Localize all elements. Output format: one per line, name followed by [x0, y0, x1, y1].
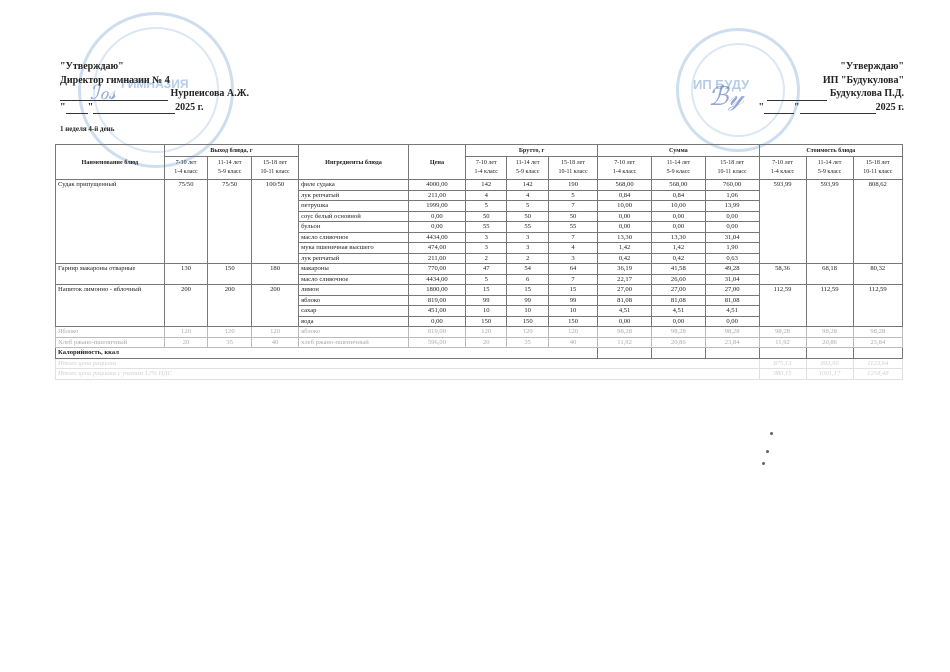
- grade-range: 1-4 класс: [174, 169, 197, 175]
- ingredient-sum: 11,92: [598, 337, 652, 348]
- ingredient-sum: 4,51: [705, 306, 759, 317]
- dish-output: 120: [208, 327, 252, 338]
- ingredient-price: 0,00: [408, 211, 465, 222]
- ingredient-name: яблоко: [299, 327, 409, 338]
- ingredient-sum: 20,86: [651, 337, 705, 348]
- ingredient-sum: 0,00: [705, 211, 759, 222]
- ingredient-price: 0,00: [408, 222, 465, 233]
- ingredient-sum: 98,28: [705, 327, 759, 338]
- ingredient-gross: 10: [466, 306, 507, 317]
- dish-output: 200: [164, 285, 208, 327]
- ingredient-gross: 150: [548, 316, 597, 327]
- ingredient-sum: 41,58: [651, 264, 705, 275]
- ingredient-gross: 3: [548, 253, 597, 264]
- age-group-header: 7-10 лет1-4 класс: [164, 157, 208, 180]
- age-group-header: 11-14 лет5-9 класс: [806, 157, 853, 180]
- age-group-header: 11-14 лет5-9 класс: [208, 157, 252, 180]
- ingredient-gross: 6: [507, 274, 548, 285]
- ingredient-sum: 98,28: [598, 327, 652, 338]
- ingredient-sum: 0,00: [651, 222, 705, 233]
- ingredient-gross: 5: [466, 274, 507, 285]
- ingredient-sum: 81,08: [705, 295, 759, 306]
- ingredient-gross: 3: [466, 232, 507, 243]
- ingredient-price: 211,00: [408, 253, 465, 264]
- ingredient-sum: 27,00: [598, 285, 652, 296]
- dish-name: Яблоко: [56, 327, 165, 338]
- age-group-header: 11-14 лет5-9 класс: [507, 157, 548, 180]
- ingredient-sum: 760,00: [705, 180, 759, 191]
- dish-cost: 98,28: [806, 327, 853, 338]
- ingredient-gross: 50: [507, 211, 548, 222]
- grade-range: 10-11 класс: [863, 169, 892, 175]
- total-label: Итого цена рациона: [56, 358, 760, 369]
- calories-label: Калорийность, ккал: [56, 348, 598, 359]
- ingredient-gross: 47: [466, 264, 507, 275]
- right-approval-title: "Утверждаю": [758, 60, 904, 74]
- ingredient-sum: 31,04: [705, 232, 759, 243]
- age-group-header: 7-10 лет1-4 класс: [466, 157, 507, 180]
- ingredient-sum: 36,19: [598, 264, 652, 275]
- month-underline: [93, 113, 175, 114]
- header-cost: Стоимость блюда: [759, 145, 903, 157]
- dish-cost: 98,28: [853, 327, 902, 338]
- ingredient-name: лимон: [299, 285, 409, 296]
- dish-output: 120: [252, 327, 299, 338]
- age-range: 7-10 лет: [772, 160, 793, 166]
- ingredient-price: 1800,00: [408, 285, 465, 296]
- ingredient-gross: 10: [548, 306, 597, 317]
- ingredient-gross: 99: [548, 295, 597, 306]
- dish-name: Хлеб ржано-пшеничный: [56, 337, 165, 348]
- subheader-row: 7-10 лет1-4 класс11-14 лет5-9 класс15-18…: [56, 157, 903, 180]
- age-range: 15-18 лет: [720, 160, 744, 166]
- ingredient-gross: 5: [507, 201, 548, 212]
- day-underline: [764, 113, 794, 114]
- grade-range: 10-11 класс: [260, 169, 289, 175]
- age-group-header: 15-18 лет10-11 класс: [548, 157, 597, 180]
- age-range: 15-18 лет: [263, 160, 287, 166]
- dish-name: Гарнир макароны отварные: [56, 264, 165, 285]
- ingredient-sum: 0,84: [651, 190, 705, 201]
- ingredient-gross: 120: [466, 327, 507, 338]
- ingredient-sum: 0,00: [598, 316, 652, 327]
- ingredient-gross: 15: [507, 285, 548, 296]
- right-approval-name: Будукулова П.Д.: [830, 88, 904, 99]
- dish-cost: 11,92: [759, 337, 806, 348]
- age-range: 7-10 лет: [476, 160, 497, 166]
- ingredient-sum: 27,00: [705, 285, 759, 296]
- ingredient-sum: 0,00: [651, 211, 705, 222]
- ingredient-sum: 568,00: [598, 180, 652, 191]
- dish-cost: 593,99: [759, 180, 806, 264]
- dish-cost: 20,86: [806, 337, 853, 348]
- ingredient-gross: 35: [507, 337, 548, 348]
- dish-output: 75/50: [164, 180, 208, 264]
- total-value: 875,13: [759, 358, 806, 369]
- ingredient-price: 4434,00: [408, 232, 465, 243]
- ingredient-name: соус белый основной: [299, 211, 409, 222]
- ingredient-sum: 13,99: [705, 201, 759, 212]
- ingredient-sum: 81,08: [651, 295, 705, 306]
- age-range: 15-18 лет: [866, 160, 890, 166]
- ingredient-price: 211,00: [408, 190, 465, 201]
- right-approval-year: 2025 г.: [876, 102, 904, 113]
- age-group-header: 7-10 лет1-4 класс: [759, 157, 806, 180]
- age-group-header: 11-14 лет5-9 класс: [651, 157, 705, 180]
- ingredient-name: бульон: [299, 222, 409, 233]
- header-price: Цена: [408, 145, 465, 180]
- ingredient-name: мука пшеничная высшего: [299, 243, 409, 254]
- header-row: Наименование блюдВыход блюда, гИнгредиен…: [56, 145, 903, 157]
- total-row: Итого цена рациона875,13893,901123,64: [56, 358, 903, 369]
- dish-output: 120: [164, 327, 208, 338]
- month-underline: [800, 113, 876, 114]
- right-approval-org: ИП "Будукулова": [758, 74, 904, 88]
- ingredient-sum: 0,00: [598, 211, 652, 222]
- ingredient-name: лук репчатый: [299, 253, 409, 264]
- table-row: Напиток лимонно - яблочный200200200лимон…: [56, 285, 903, 296]
- ingredient-gross: 5: [466, 201, 507, 212]
- left-approval-signature-line: Нурпеисова А.Ж.: [60, 87, 249, 101]
- ingredient-name: макароны: [299, 264, 409, 275]
- grade-range: 5-9 класс: [516, 169, 539, 175]
- ingredient-gross: 5: [548, 190, 597, 201]
- left-approval-block: "Утверждаю" Директор гимназии № 4 Нурпеи…: [60, 60, 249, 114]
- ingredient-sum: 22,17: [598, 274, 652, 285]
- supplier-signature: ℬ𝓎: [708, 82, 744, 113]
- date-quote-open: ": [60, 102, 66, 113]
- ingredient-gross: 64: [548, 264, 597, 275]
- ingredient-sum: 1,42: [598, 243, 652, 254]
- header-ingredients: Ингредиенты блюда: [299, 145, 409, 180]
- ingredient-sum: 4,51: [598, 306, 652, 317]
- ingredient-name: масло сливочное: [299, 274, 409, 285]
- ingredient-gross: 15: [548, 285, 597, 296]
- ingredient-name: масло сливочное: [299, 232, 409, 243]
- ingredient-sum: 10,00: [598, 201, 652, 212]
- dish-cost: 808,62: [853, 180, 902, 264]
- ingredient-sum: 23,84: [705, 337, 759, 348]
- calories-cell: [759, 348, 806, 359]
- dish-output: 130: [164, 264, 208, 285]
- ingredient-sum: 1,90: [705, 243, 759, 254]
- calories-cell: [853, 348, 902, 359]
- ingredient-gross: 3: [507, 232, 548, 243]
- ingredient-gross: 3: [466, 243, 507, 254]
- dish-output: 75/50: [208, 180, 252, 264]
- ingredient-price: 819,00: [408, 295, 465, 306]
- ingredient-gross: 190: [548, 180, 597, 191]
- age-range: 15-18 лет: [561, 160, 585, 166]
- total-value: 980,15: [759, 369, 806, 380]
- grade-range: 1-4 класс: [771, 169, 794, 175]
- dish-cost: 80,32: [853, 264, 902, 285]
- total-value: 1001,17: [806, 369, 853, 380]
- ingredient-name: петрушка: [299, 201, 409, 212]
- day-underline: [66, 113, 88, 114]
- ingredient-sum: 26,60: [651, 274, 705, 285]
- right-approval-signature-line: Будукулова П.Д.: [758, 87, 904, 101]
- header-dish-name: Наименование блюд: [56, 145, 165, 180]
- ingredient-price: 596,00: [408, 337, 465, 348]
- dish-cost: 68,18: [806, 264, 853, 285]
- ingredient-gross: 7: [548, 201, 597, 212]
- dish-name: Судак припущенный: [56, 180, 165, 264]
- left-approval-title: "Утверждаю": [60, 60, 249, 74]
- ingredient-sum: 0,00: [598, 222, 652, 233]
- ingredient-sum: 0,63: [705, 253, 759, 264]
- ingredient-name: лук репчатый: [299, 190, 409, 201]
- table-row: Яблоко120120120яблоко819,0012012012098,2…: [56, 327, 903, 338]
- ingredient-gross: 2: [507, 253, 548, 264]
- dish-cost: 58,36: [759, 264, 806, 285]
- calories-cell: [598, 348, 652, 359]
- ingredient-gross: 50: [466, 211, 507, 222]
- ingredient-sum: 98,28: [651, 327, 705, 338]
- week-day-label: 1 неделя 4-й день: [60, 125, 114, 133]
- age-range: 11-14 лет: [667, 160, 691, 166]
- ingredient-price: 4434,00: [408, 274, 465, 285]
- ingredient-gross: 10: [507, 306, 548, 317]
- ingredient-sum: 81,08: [598, 295, 652, 306]
- ingredient-gross: 54: [507, 264, 548, 275]
- ingredient-sum: 49,28: [705, 264, 759, 275]
- age-range: 11-14 лет: [818, 160, 842, 166]
- ingredient-gross: 120: [548, 327, 597, 338]
- table-row: Гарнир макароны отварные130150180макарон…: [56, 264, 903, 275]
- ingredient-gross: 55: [466, 222, 507, 233]
- dish-cost: 98,28: [759, 327, 806, 338]
- ingredient-price: 451,00: [408, 306, 465, 317]
- ingredient-sum: 0,84: [598, 190, 652, 201]
- ingredient-price: 4000,00: [408, 180, 465, 191]
- ingredient-gross: 7: [548, 232, 597, 243]
- calories-cell: [705, 348, 759, 359]
- calories-cell: [651, 348, 705, 359]
- total-row: Итого цена рациона с учетом 12% НДС980,1…: [56, 369, 903, 380]
- age-range: 11-14 лет: [218, 160, 242, 166]
- age-range: 7-10 лет: [614, 160, 635, 166]
- dish-cost: 23,84: [853, 337, 902, 348]
- right-approval-date: ""2025 г.: [758, 101, 904, 115]
- ingredient-sum: 0,00: [705, 222, 759, 233]
- calories-cell: [806, 348, 853, 359]
- dish-cost: 112,59: [759, 285, 806, 327]
- ingredient-gross: 7: [548, 274, 597, 285]
- ingredient-sum: 31,04: [705, 274, 759, 285]
- ingredient-gross: 120: [507, 327, 548, 338]
- ingredient-sum: 0,00: [651, 316, 705, 327]
- grade-range: 5-9 класс: [218, 169, 241, 175]
- menu-cost-table: Наименование блюдВыход блюда, гИнгредиен…: [55, 144, 903, 380]
- grade-range: 10-11 класс: [718, 169, 747, 175]
- ingredient-gross: 142: [466, 180, 507, 191]
- header-gross: Брутто, г: [466, 145, 598, 157]
- date-quote-open: ": [758, 102, 764, 113]
- ingredient-gross: 4: [548, 243, 597, 254]
- dish-cost: 112,59: [806, 285, 853, 327]
- table-row: Судак припущенный75/5075/50100/50филе су…: [56, 180, 903, 191]
- total-value: 1123,64: [853, 358, 902, 369]
- ingredient-gross: 4: [507, 190, 548, 201]
- dish-output: 180: [252, 264, 299, 285]
- age-range: 7-10 лет: [176, 160, 197, 166]
- age-range: 11-14 лет: [516, 160, 540, 166]
- date-quote-close: ": [794, 102, 800, 113]
- ingredient-price: 0,00: [408, 316, 465, 327]
- header-sum: Сумма: [598, 145, 759, 157]
- ingredient-sum: 568,00: [651, 180, 705, 191]
- ingredient-gross: 3: [507, 243, 548, 254]
- ingredient-sum: 10,00: [651, 201, 705, 212]
- ingredient-price: 770,00: [408, 264, 465, 275]
- age-group-header: 7-10 лет1-4 класс: [598, 157, 652, 180]
- age-group-header: 15-18 лет10-11 класс: [252, 157, 299, 180]
- ingredient-gross: 55: [507, 222, 548, 233]
- right-approval-block: "Утверждаю" ИП "Будукулова" Будукулова П…: [758, 60, 904, 114]
- total-value: 893,90: [806, 358, 853, 369]
- dish-output: 40: [252, 337, 299, 348]
- header-output: Выход блюда, г: [164, 145, 298, 157]
- left-approval-name: Нурпеисова А.Ж.: [171, 88, 250, 99]
- ingredient-gross: 20: [466, 337, 507, 348]
- ingredient-gross: 4: [466, 190, 507, 201]
- scan-specks: [760, 430, 774, 470]
- grade-range: 1-4 класс: [475, 169, 498, 175]
- ingredient-sum: 4,51: [651, 306, 705, 317]
- ingredient-gross: 40: [548, 337, 597, 348]
- left-approval-date: ""2025 г.: [60, 101, 249, 115]
- ingredient-name: сахар: [299, 306, 409, 317]
- left-approval-year: 2025 г.: [175, 102, 203, 113]
- ingredient-gross: 99: [507, 295, 548, 306]
- ingredient-price: 474,00: [408, 243, 465, 254]
- date-quote-close: ": [88, 102, 94, 113]
- ingredient-gross: 2: [466, 253, 507, 264]
- grade-range: 10-11 класс: [558, 169, 587, 175]
- ingredient-name: хлеб ржано-пшеничный: [299, 337, 409, 348]
- ingredient-gross: 142: [507, 180, 548, 191]
- table-row: Хлеб ржано-пшеничный203540хлеб ржано-пше…: [56, 337, 903, 348]
- calories-row: Калорийность, ккал: [56, 348, 903, 359]
- dish-output: 200: [252, 285, 299, 327]
- dish-output: 35: [208, 337, 252, 348]
- ingredient-price: 819,00: [408, 327, 465, 338]
- ingredient-sum: 1,42: [651, 243, 705, 254]
- left-approval-position: Директор гимназии № 4: [60, 74, 249, 88]
- age-group-header: 15-18 лет10-11 класс: [705, 157, 759, 180]
- ingredient-name: филе судака: [299, 180, 409, 191]
- total-value: 1258,48: [853, 369, 902, 380]
- dish-name: Напиток лимонно - яблочный: [56, 285, 165, 327]
- ingredient-sum: 27,00: [651, 285, 705, 296]
- ingredient-name: вода: [299, 316, 409, 327]
- dish-cost: 593,99: [806, 180, 853, 264]
- ingredient-sum: 13,30: [598, 232, 652, 243]
- ingredient-sum: 0,42: [651, 253, 705, 264]
- grade-range: 1-4 класс: [613, 169, 636, 175]
- ingredient-gross: 99: [466, 295, 507, 306]
- ingredient-sum: 0,00: [705, 316, 759, 327]
- ingredient-price: 1999,00: [408, 201, 465, 212]
- ingredient-sum: 1,06: [705, 190, 759, 201]
- ingredient-gross: 15: [466, 285, 507, 296]
- total-label: Итого цена рациона с учетом 12% НДС: [56, 369, 760, 380]
- ingredient-gross: 50: [548, 211, 597, 222]
- ingredient-gross: 150: [466, 316, 507, 327]
- dish-output: 100/50: [252, 180, 299, 264]
- grade-range: 5-9 класс: [818, 169, 841, 175]
- ingredient-name: яблоко: [299, 295, 409, 306]
- grade-range: 5-9 класс: [667, 169, 690, 175]
- ingredient-gross: 55: [548, 222, 597, 233]
- ingredient-sum: 13,30: [651, 232, 705, 243]
- dish-output: 20: [164, 337, 208, 348]
- age-group-header: 15-18 лет10-11 класс: [853, 157, 902, 180]
- ingredient-gross: 150: [507, 316, 548, 327]
- ingredient-sum: 0,42: [598, 253, 652, 264]
- dish-output: 200: [208, 285, 252, 327]
- dish-output: 150: [208, 264, 252, 285]
- dish-cost: 112,59: [853, 285, 902, 327]
